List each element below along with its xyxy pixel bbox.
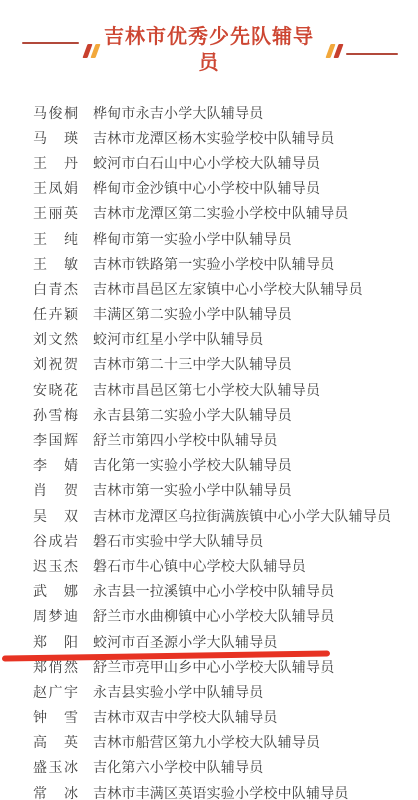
decor-slash-red-right-icon (333, 44, 343, 58)
awardee-school: 吉林市第二十三中学大队辅导员 (93, 354, 292, 374)
awardee-name: 高 英 (33, 732, 80, 752)
list-item: 白青杰 吉林市昌邑区左家镇中心小学校大队辅导员 (33, 276, 413, 301)
awardee-name: 肖 贺 (33, 480, 80, 500)
decor-slash-yellow-left-icon (90, 44, 100, 58)
awardee-school: 永吉县实验小学中队辅导员 (93, 682, 263, 702)
list-item: 赵广宇 永吉县实验小学中队辅导员 (33, 679, 413, 704)
awardee-school: 舒兰市第四小学校中队辅导员 (93, 430, 278, 450)
list-item: 刘文然 蛟河市红星小学中队辅导员 (33, 327, 413, 352)
awardee-school: 吉林市昌邑区第七小学校大队辅导员 (93, 380, 320, 400)
awardee-school: 永吉县一拉溪镇中心小学校中队辅导员 (93, 581, 334, 601)
list-item: 吴 双 吉林市龙潭区乌拉街满族镇中心小学大队辅导员 (33, 503, 413, 528)
awardee-name: 吴 双 (33, 506, 80, 526)
awardee-school: 蛟河市红星小学中队辅导员 (93, 329, 263, 349)
list-item: 王凤娟 桦甸市金沙镇中心小学校中队辅导员 (33, 176, 413, 201)
awardee-school: 吉化第六小学校中队辅导员 (93, 757, 263, 777)
list-item: 马 瑛 吉林市龙潭区杨木实验学校中队辅导员 (33, 125, 413, 150)
list-item: 盛玉冰 吉化第六小学校中队辅导员 (33, 755, 413, 780)
list-item: 王 丹 蛟河市白石山中心小学校大队辅导员 (33, 150, 413, 175)
awardee-school: 桦甸市金沙镇中心小学校中队辅导员 (93, 178, 320, 198)
awardee-name: 李国辉 (33, 430, 80, 450)
awardee-name: 安晓花 (33, 380, 80, 400)
awardee-name: 王丽英 (33, 203, 80, 223)
awardee-school: 吉林市丰满区英语实验小学校中队辅导员 (93, 783, 349, 800)
decor-line-left (22, 42, 79, 44)
list-item: 马俊桐 桦甸市永吉小学大队辅导员 (33, 100, 413, 125)
awardee-school: 桦甸市第一实验小学中队辅导员 (93, 229, 292, 249)
page-header: 吉林市优秀少先队辅导员 (0, 0, 418, 90)
list-item: 安晓花 吉林市昌邑区第七小学校大队辅导员 (33, 377, 413, 402)
decor-line-right (346, 53, 398, 55)
awardee-school: 吉林市龙潭区杨木实验学校中队辅导员 (93, 128, 334, 148)
page: 吉林市优秀少先队辅导员 马俊桐 桦甸市永吉小学大队辅导员 马 瑛 吉林市龙潭区杨… (0, 0, 418, 800)
list-item: 肖 贺 吉林市第一实验小学中队辅导员 (33, 478, 413, 503)
awardee-school: 吉林市船营区第九小学校大队辅导员 (93, 732, 320, 752)
list-item: 李 婧 吉化第一实验小学校大队辅导员 (33, 453, 413, 478)
awardee-name: 任卉颖 (33, 304, 80, 324)
list-item: 王 敏 吉林市铁路第一实验小学校中队辅导员 (33, 251, 413, 276)
awardee-school: 磐石市牛心镇中心学校大队辅导员 (93, 556, 306, 576)
awardee-name: 马俊桐 (33, 103, 80, 123)
awardee-school: 舒兰市亮甲山乡中心小学校大队辅导员 (93, 657, 334, 677)
list-item: 迟玉杰 磐石市牛心镇中心学校大队辅导员 (33, 553, 413, 578)
awardee-name: 李 婧 (33, 455, 80, 475)
awardee-school: 吉化第一实验小学校大队辅导员 (93, 455, 292, 475)
awardee-name: 钟 雪 (33, 707, 80, 727)
awardee-name: 武 娜 (33, 581, 80, 601)
list-item: 钟 雪 吉林市双吉中学校大队辅导员 (33, 705, 413, 730)
awardee-name: 白青杰 (33, 279, 80, 299)
awardee-school: 吉林市昌邑区左家镇中心小学校大队辅导员 (93, 279, 363, 299)
list-item: 周梦迪 舒兰市水曲柳镇中心小学校大队辅导员 (33, 604, 413, 629)
awardee-name: 王 敏 (33, 254, 80, 274)
awardee-school: 永吉县第二实验小学大队辅导员 (93, 405, 292, 425)
awardee-name: 常 冰 (33, 783, 80, 800)
list-item: 郑 阳 蛟河市百圣源小学大队辅导员 (33, 629, 413, 654)
awardee-name: 马 瑛 (33, 128, 80, 148)
awardee-name: 王 丹 (33, 153, 80, 173)
awardee-name: 谷成岩 (33, 531, 80, 551)
awardee-school: 吉林市铁路第一实验小学校中队辅导员 (93, 254, 334, 274)
list-item: 刘祝贺 吉林市第二十三中学大队辅导员 (33, 352, 413, 377)
awardee-name: 王 纯 (33, 229, 80, 249)
awardee-name: 盛玉冰 (33, 757, 80, 777)
list-item: 王丽英 吉林市龙潭区第二实验小学校中队辅导员 (33, 201, 413, 226)
page-title: 吉林市优秀少先队辅导员 (103, 24, 315, 76)
awardee-name: 孙雪梅 (33, 405, 80, 425)
awardee-name: 刘文然 (33, 329, 80, 349)
awardee-school: 桦甸市永吉小学大队辅导员 (93, 103, 263, 123)
list-item: 常 冰 吉林市丰满区英语实验小学校中队辅导员 (33, 780, 413, 800)
awardee-school: 蛟河市百圣源小学大队辅导员 (93, 632, 278, 652)
awardee-list: 马俊桐 桦甸市永吉小学大队辅导员 马 瑛 吉林市龙潭区杨木实验学校中队辅导员 王… (33, 100, 413, 800)
list-item: 李国辉 舒兰市第四小学校中队辅导员 (33, 427, 413, 452)
list-item: 任卉颖 丰满区第二实验小学中队辅导员 (33, 302, 413, 327)
list-item: 高 英 吉林市船营区第九小学校大队辅导员 (33, 730, 413, 755)
awardee-name: 王凤娟 (33, 178, 80, 198)
awardee-name: 郑 阳 (33, 632, 80, 652)
list-item: 王 纯 桦甸市第一实验小学中队辅导员 (33, 226, 413, 251)
awardee-name: 刘祝贺 (33, 354, 80, 374)
list-item: 武 娜 永吉县一拉溪镇中心小学校中队辅导员 (33, 579, 413, 604)
awardee-name: 赵广宇 (33, 682, 80, 702)
list-item: 谷成岩 磐石市实验中学大队辅导员 (33, 528, 413, 553)
awardee-school: 吉林市双吉中学校大队辅导员 (93, 707, 278, 727)
awardee-school: 蛟河市白石山中心小学校大队辅导员 (93, 153, 320, 173)
awardee-school: 丰满区第二实验小学中队辅导员 (93, 304, 292, 324)
awardee-name: 周梦迪 (33, 606, 80, 626)
awardee-school: 吉林市龙潭区乌拉街满族镇中心小学大队辅导员 (93, 506, 391, 526)
awardee-school: 舒兰市水曲柳镇中心小学校大队辅导员 (93, 606, 334, 626)
awardee-school: 吉林市第一实验小学中队辅导员 (93, 480, 292, 500)
awardee-name: 迟玉杰 (33, 556, 80, 576)
list-item: 孙雪梅 永吉县第二实验小学大队辅导员 (33, 402, 413, 427)
awardee-school: 磐石市实验中学大队辅导员 (93, 531, 263, 551)
awardee-school: 吉林市龙潭区第二实验小学校中队辅导员 (93, 203, 349, 223)
